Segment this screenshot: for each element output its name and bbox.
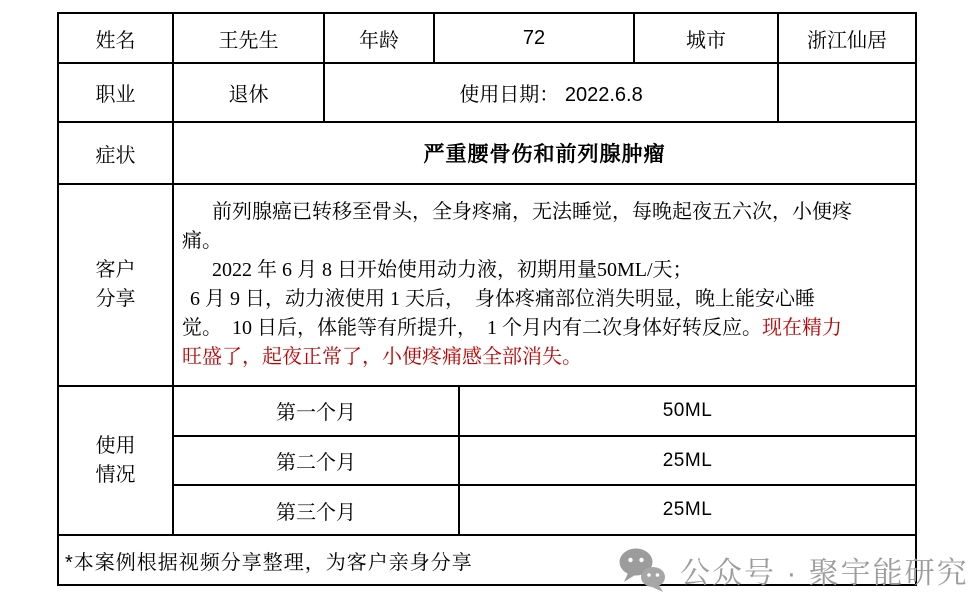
city-label: 城市	[635, 14, 779, 62]
case-table: 姓名 王先生 年龄 72 城市 浙江仙居 职业 退休 使用日期： 2022.6.…	[57, 12, 917, 586]
watermark: 公众号 · 聚宇能研究院	[618, 547, 970, 593]
month-2-dose: 25ML	[460, 437, 915, 485]
red-highlight-start: 现在精力	[762, 317, 842, 339]
usage-row-month-2: 第二个月 25ML	[174, 437, 915, 487]
city-value: 浙江仙居	[779, 14, 915, 62]
share-line-5: 觉。 10 日后，体能等有所提升， 1 个月内有二次身体好转反应。现在精力	[182, 314, 907, 343]
symptom-label: 症状	[59, 123, 174, 183]
symptom-value: 严重腰骨伤和前列腺肿瘤	[174, 123, 915, 183]
occupation-label: 职业	[59, 64, 174, 121]
occupation-value: 退休	[174, 64, 325, 121]
row-occupation-date: 职业 退休 使用日期： 2022.6.8	[59, 64, 915, 123]
usage-date-value: 使用日期： 2022.6.8	[325, 64, 779, 121]
empty-cell	[779, 64, 915, 121]
share-line-2: 痛。	[182, 227, 907, 256]
age-value: 72	[435, 14, 635, 62]
usage-row-month-3: 第三个月 25ML	[174, 486, 915, 534]
row-customer-share: 客户 分享 前列腺癌已转移至骨头，全身疼痛，无法睡觉，每晚起夜五六次，小便疼 痛…	[59, 185, 915, 387]
name-label: 姓名	[59, 14, 174, 62]
share-line-6-red: 旺盛了，起夜正常了，小便疼痛感全部消失。	[182, 343, 907, 372]
row-usage: 使用 情况 第一个月 50ML 第二个月 25ML 第三个月 25ML	[59, 387, 915, 536]
share-line-3: 2022 年 6 月 8 日开始使用动力液，初期用量50ML/天；	[182, 256, 907, 285]
share-content: 前列腺癌已转移至骨头，全身疼痛，无法睡觉，每晚起夜五六次，小便疼 痛。 2022…	[174, 185, 915, 385]
watermark-text: 公众号 · 聚宇能研究院	[680, 548, 970, 592]
row-basic-info: 姓名 王先生 年龄 72 城市 浙江仙居	[59, 14, 915, 64]
share-line-1: 前列腺癌已转移至骨头，全身疼痛，无法睡觉，每晚起夜五六次，小便疼	[182, 198, 907, 227]
month-1-dose: 50ML	[460, 387, 915, 435]
month-3-dose: 25ML	[460, 486, 915, 534]
usage-row-month-1: 第一个月 50ML	[174, 387, 915, 437]
usage-label: 使用 情况	[59, 387, 174, 534]
name-value: 王先生	[174, 14, 325, 62]
age-label: 年龄	[325, 14, 435, 62]
usage-subtable: 第一个月 50ML 第二个月 25ML 第三个月 25ML	[174, 387, 915, 534]
month-2-label: 第二个月	[174, 437, 460, 485]
share-label: 客户 分享	[59, 185, 174, 385]
month-3-label: 第三个月	[174, 486, 460, 534]
share-line-4: 6 月 9 日，动力液使用 1 天后， 身体疼痛部位消失明显，晚上能安心睡	[182, 285, 907, 314]
month-1-label: 第一个月	[174, 387, 460, 435]
row-symptom: 症状 严重腰骨伤和前列腺肿瘤	[59, 123, 915, 185]
wechat-icon	[618, 547, 668, 593]
